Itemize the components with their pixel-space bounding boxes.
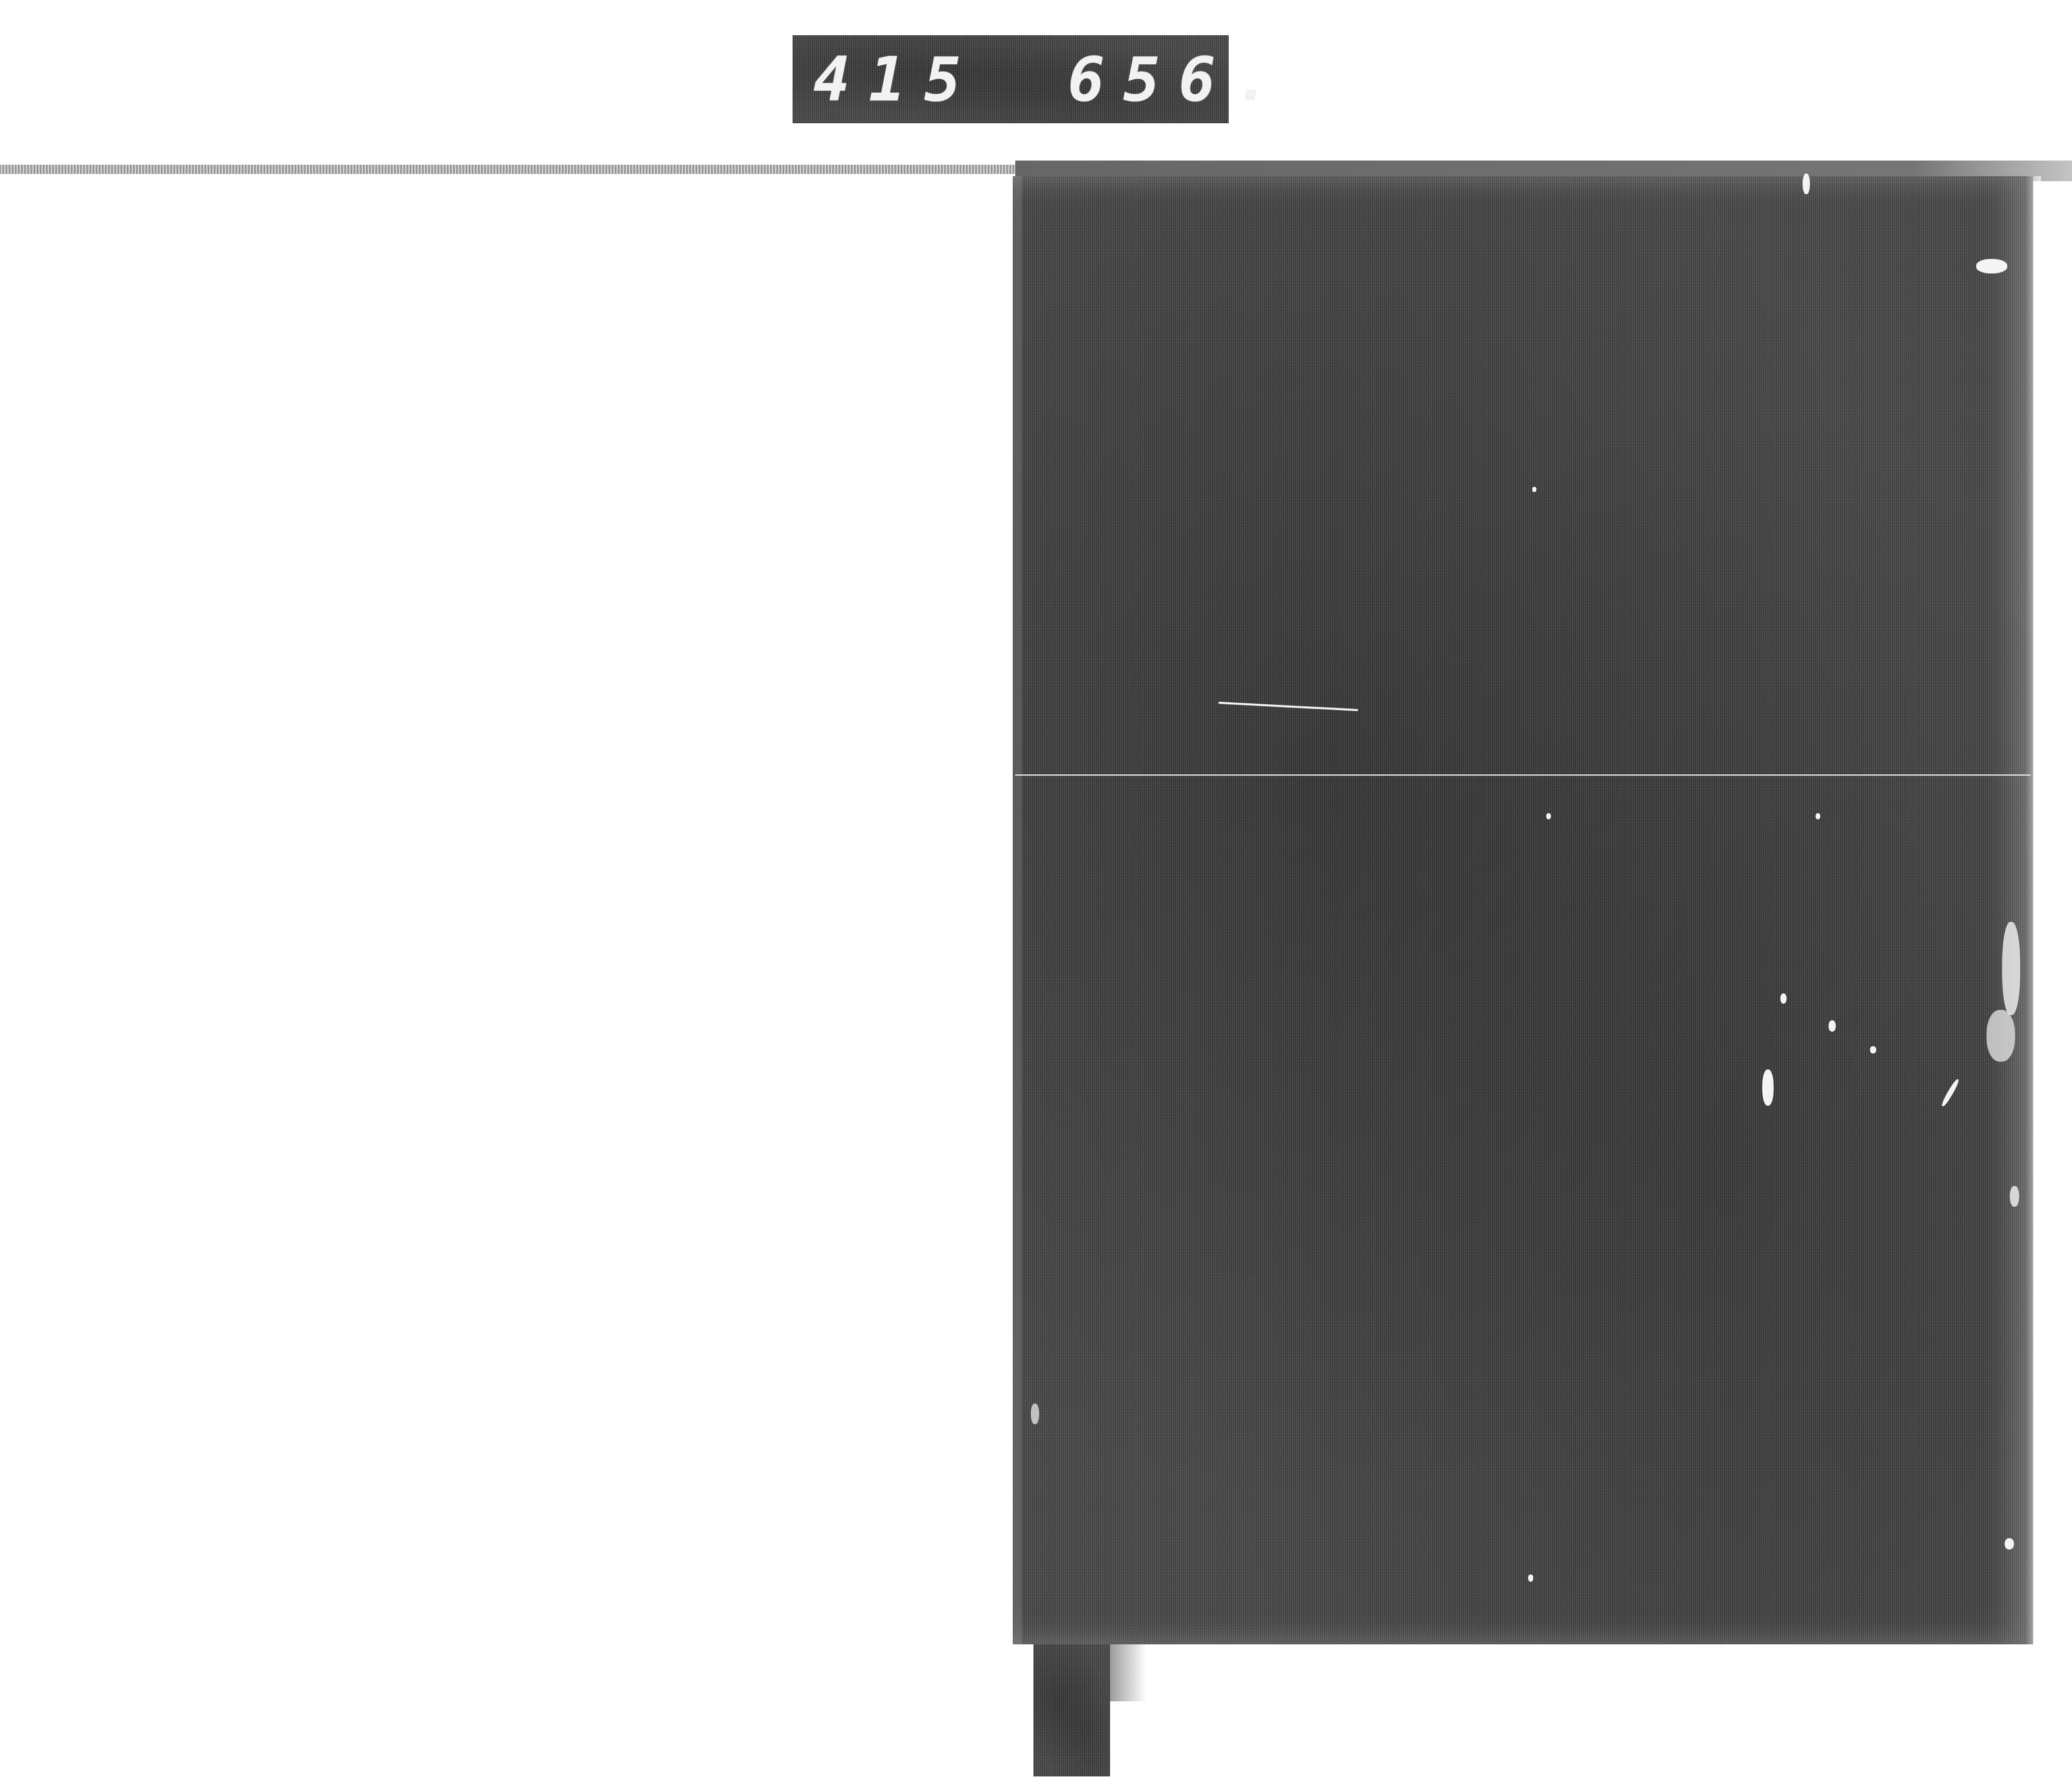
speck-mark <box>1762 1069 1774 1106</box>
speck-mark <box>1780 993 1787 1004</box>
board-tab-fade <box>1110 1644 1146 1701</box>
speck-mark <box>2005 1538 2014 1550</box>
speck-mark <box>1976 259 2007 273</box>
board-fold-line <box>1015 774 2031 776</box>
speck-mark <box>1987 1010 2015 1062</box>
label-number-group-1: 415 <box>813 49 980 110</box>
speck-mark <box>1829 1020 1836 1032</box>
speck-mark <box>1816 813 1820 819</box>
board-bottom-tab <box>1033 1644 1110 1776</box>
speck-mark <box>2010 1186 2019 1207</box>
top-horizontal-rule <box>0 165 1015 174</box>
speck-mark <box>1870 1046 1876 1053</box>
speck-mark <box>1546 813 1551 819</box>
label-number-group-2: 656. <box>1068 49 1289 110</box>
speck-mark <box>1528 1574 1533 1582</box>
board-right-edge-highlight <box>2025 176 2041 1644</box>
speck-mark <box>1031 1404 1039 1424</box>
speck-mark <box>1532 487 1536 492</box>
speck-mark <box>1803 173 1810 194</box>
scanned-dark-board <box>1013 176 2033 1644</box>
speck-mark <box>2002 922 2020 1015</box>
document-number-label: 415 656. <box>793 35 1229 123</box>
